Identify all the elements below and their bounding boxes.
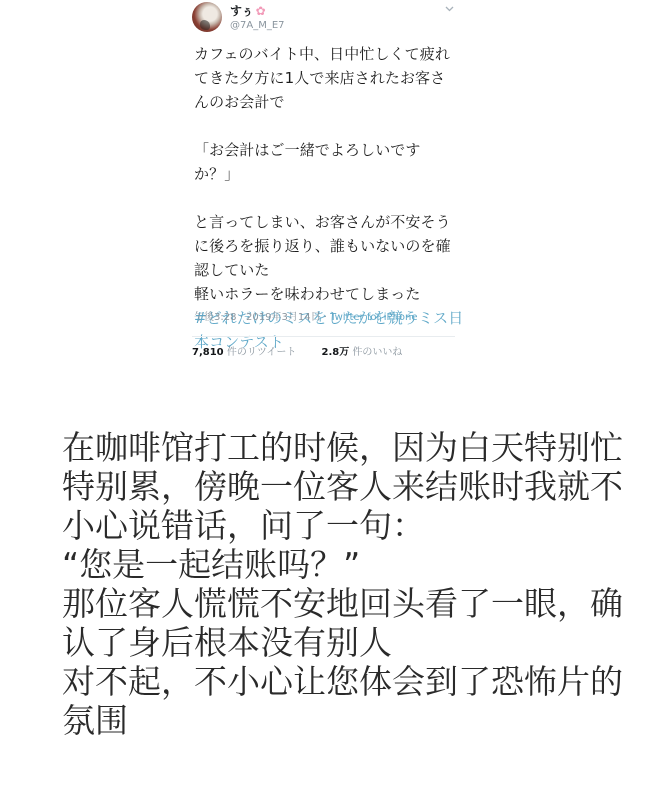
- translation-line: 氛围: [62, 701, 622, 740]
- translation-line: “您是一起结账吗？”: [62, 545, 622, 584]
- tweet-line: 軽いホラーを味わわせてしまった: [194, 282, 464, 306]
- tweet-line: んのお会計で: [194, 90, 464, 114]
- divider: [192, 336, 455, 337]
- tweet-source-link[interactable]: Twitter for iPhone: [330, 312, 417, 323]
- display-name[interactable]: すぅ✿: [230, 4, 266, 18]
- likes-count: 2.8万: [322, 347, 350, 358]
- tweet-line: と言ってしまい、お客さんが不安そう: [194, 210, 464, 234]
- likes-stat[interactable]: 2.8万 件のいいね: [322, 346, 403, 360]
- chevron-down-icon[interactable]: [445, 6, 453, 14]
- meta-separator: ·: [240, 312, 243, 323]
- tweet-text: カフェのバイト中、日中忙しくて疲れ てきた夕方に1人で来店されたお客さ んのお会…: [194, 42, 464, 354]
- retweets-count: 7,810: [192, 347, 224, 358]
- translation-line: 在咖啡馆打工的时候，因为白天特别忙: [62, 428, 622, 467]
- meta-separator: ·: [324, 312, 327, 323]
- user-handle[interactable]: @7A_M_E7: [230, 20, 285, 32]
- tweet-line: カフェのバイト中、日中忙しくて疲れ: [194, 42, 464, 66]
- blank-line: [194, 114, 464, 138]
- translation-line: 那位客人慌慌不安地回头看了一眼，确: [62, 584, 622, 623]
- translation-line: 小心说错话，问了一句：: [62, 506, 622, 545]
- tweet-card: すぅ✿ @7A_M_E7 カフェのバイト中、日中忙しくて疲れ てきた夕方に1人で…: [180, 0, 470, 370]
- blank-line: [194, 186, 464, 210]
- tweet-line: 「お会計はご一緒でよろしいです: [194, 138, 464, 162]
- likes-label: 件のいいね: [352, 347, 402, 358]
- tweet-date[interactable]: 2019年3月14日: [246, 312, 321, 323]
- display-name-text: すぅ: [230, 4, 254, 18]
- tweet-line: 認していた: [194, 258, 464, 282]
- tweet-meta: 午後3:28 · 2019年3月14日 · Twitter for iPhone: [194, 311, 418, 325]
- translation-line: 对不起，不小心让您体会到了恐怖片的: [62, 662, 622, 701]
- avatar[interactable]: [192, 2, 222, 32]
- tweet-time[interactable]: 午後3:28: [194, 312, 236, 323]
- translation-line: 特别累，傍晚一位客人来结账时我就不: [62, 467, 622, 506]
- retweets-label: 件のリツイート: [227, 347, 297, 358]
- tweet-line: に後ろを振り返り、誰もいないのを確: [194, 234, 464, 258]
- flower-emoji-icon: ✿: [256, 4, 266, 18]
- chinese-translation: 在咖啡馆打工的时候，因为白天特别忙 特别累，傍晚一位客人来结账时我就不 小心说错…: [62, 428, 622, 740]
- tweet-stats: 7,810 件のリツイート 2.8万 件のいいね: [192, 346, 402, 360]
- tweet-line: てきた夕方に1人で来店されたお客さ: [194, 66, 464, 90]
- translation-line: 认了身后根本没有别人: [62, 623, 622, 662]
- retweets-stat[interactable]: 7,810 件のリツイート: [192, 346, 296, 360]
- tweet-line: か？」: [194, 162, 464, 186]
